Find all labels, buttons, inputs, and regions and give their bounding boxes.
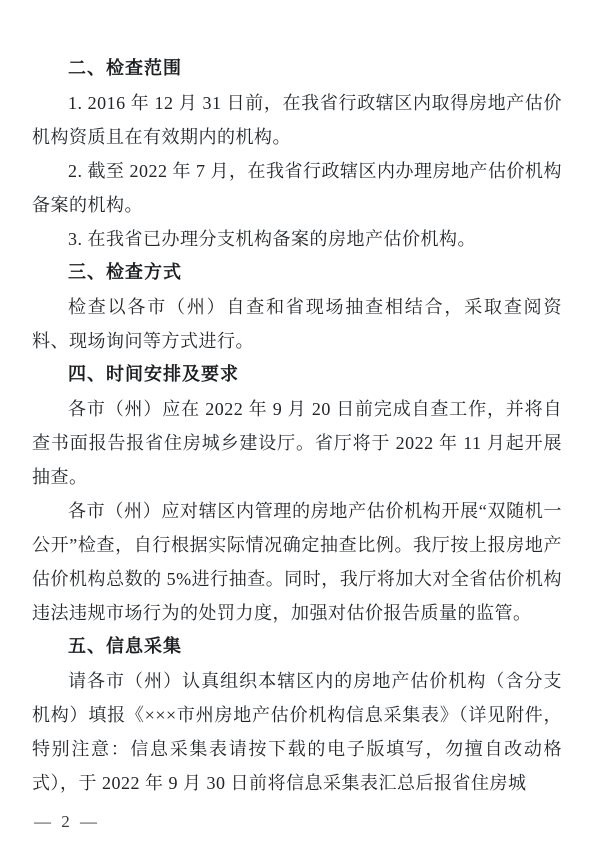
page-number: — 2 — (34, 812, 100, 832)
body-paragraph-method: 检查以各市（州）自查和省现场抽查相结合，采取查阅资料、现场询问等方式进行。 (32, 290, 562, 358)
section-heading-3: 三、检查方式 (32, 256, 562, 290)
body-paragraph-schedule-1: 各市（州）应在 2022 年 9 月 20 日前完成自查工作，并将自查书面报告报… (32, 392, 562, 494)
section-heading-2: 二、检查范围 (32, 52, 562, 86)
body-paragraph-info-collection: 请各市（州）认真组织本辖区内的房地产估价机构（含分支机构）填报《×××市州房地产… (32, 664, 562, 800)
body-paragraph-item-2: 2. 截至 2022 年 7 月，在我省行政辖区内办理房地产估价机构备案的机构。 (32, 154, 562, 222)
section-heading-5: 五、信息采集 (32, 630, 562, 664)
document-body: 二、检查范围 1. 2016 年 12 月 31 日前，在我省行政辖区内取得房地… (32, 52, 562, 800)
body-paragraph-item-1: 1. 2016 年 12 月 31 日前，在我省行政辖区内取得房地产估价机构资质… (32, 86, 562, 154)
document-page: 二、检查范围 1. 2016 年 12 月 31 日前，在我省行政辖区内取得房地… (0, 0, 592, 853)
section-heading-4: 四、时间安排及要求 (32, 358, 562, 392)
body-paragraph-schedule-2: 各市（州）应对辖区内管理的房地产估价机构开展“双随机一公开”检查，自行根据实际情… (32, 494, 562, 630)
body-paragraph-item-3: 3. 在我省已办理分支机构备案的房地产估价机构。 (32, 222, 562, 256)
